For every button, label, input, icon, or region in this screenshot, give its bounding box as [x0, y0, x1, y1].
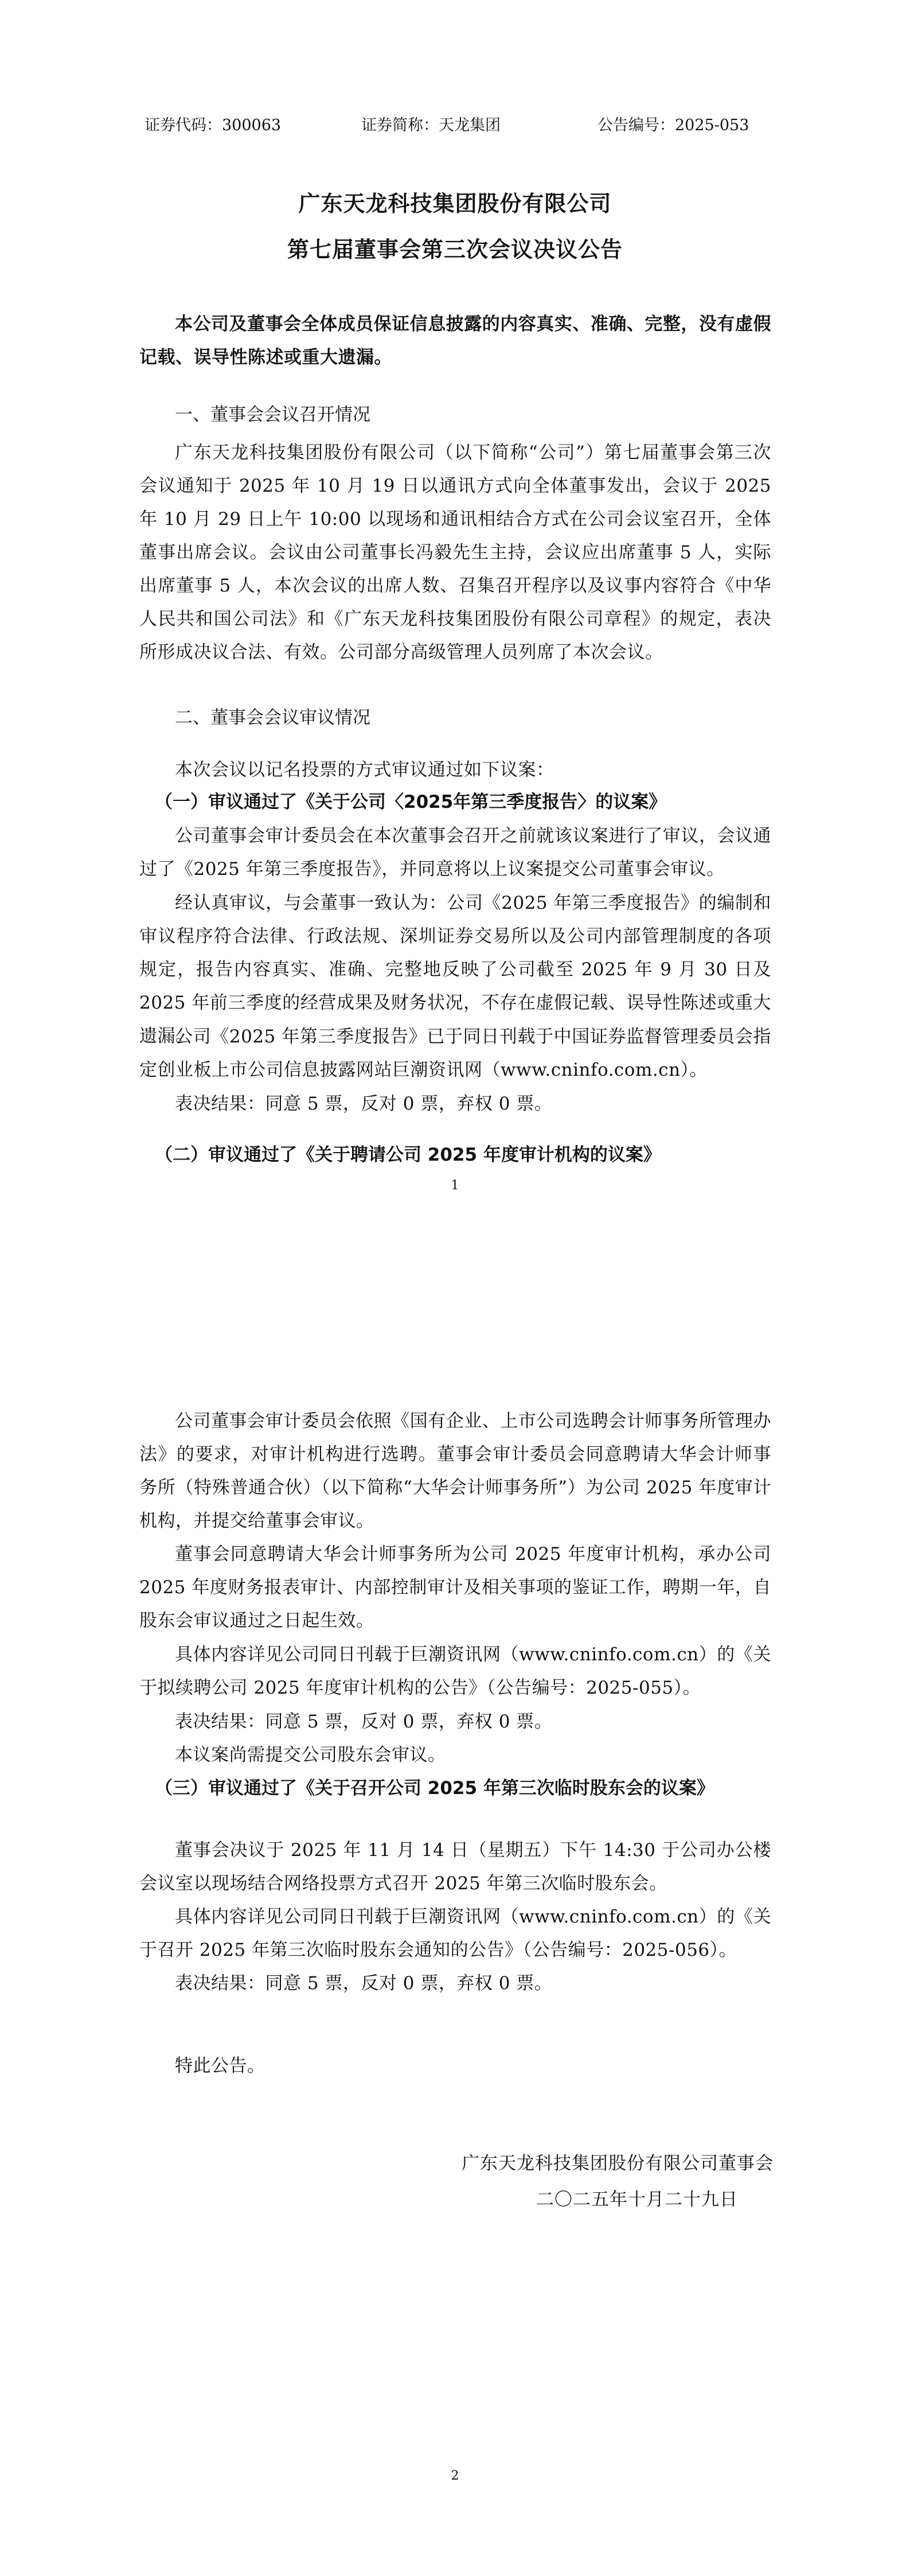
stock-abbreviation: 证券简称：天龙集团 [361, 112, 501, 135]
section-2-intro: 本次会议以记名投票的方式审议通过如下议案： [175, 753, 554, 787]
proposal-3-vote: 表决结果：同意 5 票，反对 0 票，弃权 0 票。 [175, 1967, 552, 2000]
proposal-1-heading: （一）审议通过了《关于公司〈2025年第三季度报告〉的议案》 [155, 785, 666, 819]
proposal-2-note: 本议案尚需提交公司股东会审议。 [175, 1738, 446, 1772]
document-header: 证券代码：300063 证券简称：天龙集团 公告编号：2025-053 [144, 112, 775, 135]
section-1-body: 广东天龙科技集团股份有限公司（以下简称“公司”）第七届董事会第三次会议通知于 2… [139, 436, 771, 669]
proposal-2-vote: 表决结果：同意 5 票，反对 0 票，弃权 0 票。 [175, 1705, 552, 1738]
company-title: 广东天龙科技集团股份有限公司 [0, 186, 910, 217]
signature-organization: 广东天龙科技集团股份有限公司董事会 [462, 2149, 774, 2174]
proposal-3-paragraph: 董事会决议于 2025 年 11 月 14 日（星期五）下午 14:30 于公司… [139, 1834, 771, 1900]
proposal-1-paragraph: 公司《2025 年第三季度报告》已于同日刊载于中国证券监督管理委员会指定创业板上… [139, 1020, 771, 1087]
proposal-2-paragraph: 具体内容详见公司同日刊载于巨潮资讯网（www.cninfo.com.cn）的《关… [139, 1638, 771, 1705]
disclosure-statement: 本公司及董事会全体成员保证信息披露的内容真实、准确、完整，没有虚假记载、误导性陈… [139, 308, 771, 374]
page-number: 1 [0, 1178, 910, 1193]
proposal-2-paragraph: 董事会同意聘请大华会计师事务所为公司 2025 年度审计机构，承办公司 2025… [139, 1538, 771, 1637]
proposal-2-paragraph: 公司董事会审计委员会依照《国有企业、上市公司选聘会计师事务所管理办法》的要求，对… [139, 1404, 771, 1538]
stock-code: 证券代码：300063 [144, 112, 281, 135]
page-number: 2 [0, 2469, 910, 2483]
signature-date: 二〇二五年十月二十九日 [536, 2185, 738, 2211]
proposal-3-paragraph: 具体内容详见公司同日刊载于巨潮资讯网（www.cninfo.com.cn）的《关… [139, 1900, 771, 1967]
closing-remark: 特此公告。 [175, 2049, 265, 2083]
announcement-number: 公告编号：2025-053 [597, 112, 749, 135]
proposal-3-heading: （三）审议通过了《关于召开公司 2025 年第三次临时股东会的议案》 [155, 1772, 714, 1805]
proposal-1-paragraph: 公司董事会审计委员会在本次董事会召开之前就该议案进行了审议，会议通过了《2025… [139, 819, 771, 886]
section-2-heading: 二、董事会会议审议情况 [175, 701, 370, 734]
section-1-heading: 一、董事会会议召开情况 [175, 398, 370, 431]
announcement-title: 第七届董事会第三次会议决议公告 [0, 232, 910, 263]
proposal-2-heading: （二）审议通过了《关于聘请公司 2025 年度审计机构的议案》 [155, 1138, 661, 1172]
proposal-1-vote: 表决结果：同意 5 票，反对 0 票，弃权 0 票。 [175, 1087, 552, 1120]
